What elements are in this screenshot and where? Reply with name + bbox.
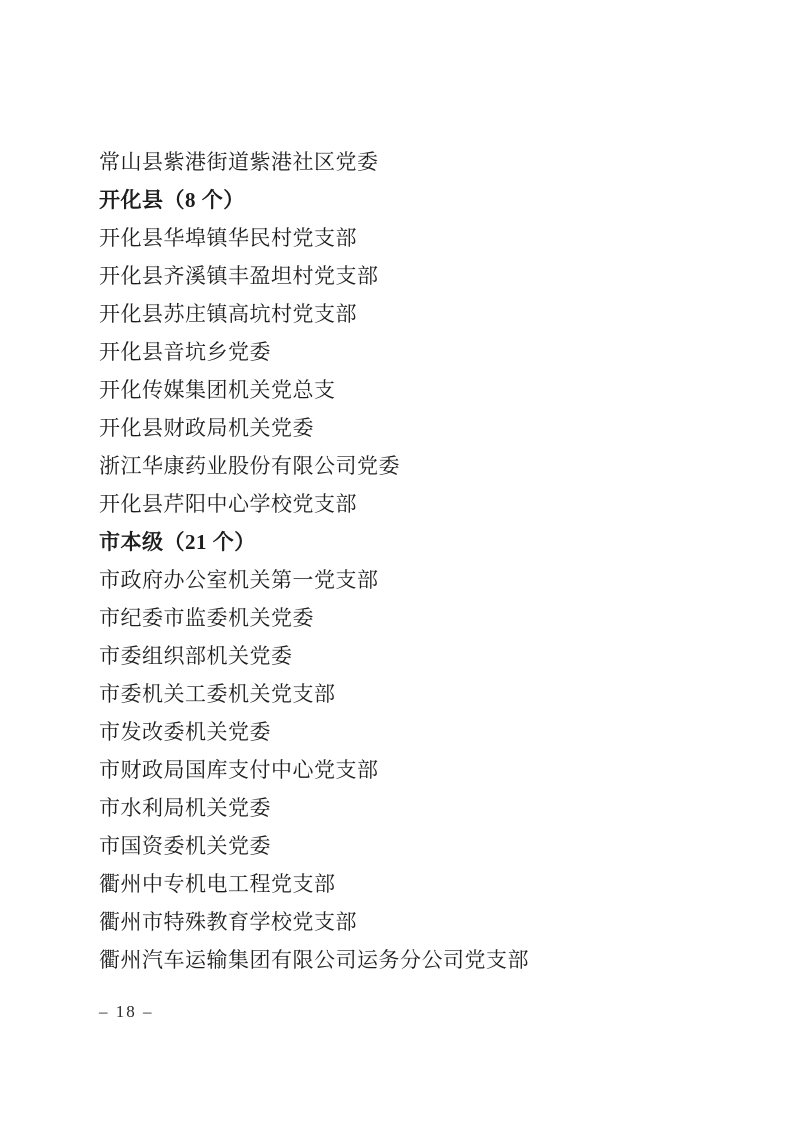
section-heading: 市本级（21 个）	[99, 523, 529, 561]
document-line: 开化县齐溪镇丰盈坦村党支部	[99, 257, 529, 295]
document-line: 衢州汽车运输集团有限公司运务分公司党支部	[99, 941, 529, 979]
document-line: 浙江华康药业股份有限公司党委	[99, 447, 529, 485]
document-line: 开化县芹阳中心学校党支部	[99, 485, 529, 523]
document-page: 常山县紫港街道紫港社区党委开化县（8 个）开化县华埠镇华民村党支部开化县齐溪镇丰…	[0, 0, 794, 1123]
document-line: 市委组织部机关党委	[99, 637, 529, 675]
document-line: 开化传媒集团机关党总支	[99, 371, 529, 409]
document-line: 市政府办公室机关第一党支部	[99, 561, 529, 599]
document-line: 衢州市特殊教育学校党支部	[99, 903, 529, 941]
document-body: 常山县紫港街道紫港社区党委开化县（8 个）开化县华埠镇华民村党支部开化县齐溪镇丰…	[99, 143, 529, 979]
document-line: 开化县苏庄镇高坑村党支部	[99, 295, 529, 333]
document-line: 市发改委机关党委	[99, 713, 529, 751]
document-line: 开化县财政局机关党委	[99, 409, 529, 447]
document-line: 市水利局机关党委	[99, 789, 529, 827]
document-line: 市委机关工委机关党支部	[99, 675, 529, 713]
section-heading: 开化县（8 个）	[99, 181, 529, 219]
document-line: 衢州中专机电工程党支部	[99, 865, 529, 903]
document-line: 开化县音坑乡党委	[99, 333, 529, 371]
document-line: 常山县紫港街道紫港社区党委	[99, 143, 529, 181]
document-line: 开化县华埠镇华民村党支部	[99, 219, 529, 257]
document-line: 市财政局国库支付中心党支部	[99, 751, 529, 789]
document-line: 市国资委机关党委	[99, 827, 529, 865]
page-number: – 18 –	[99, 1000, 154, 1024]
document-line: 市纪委市监委机关党委	[99, 599, 529, 637]
